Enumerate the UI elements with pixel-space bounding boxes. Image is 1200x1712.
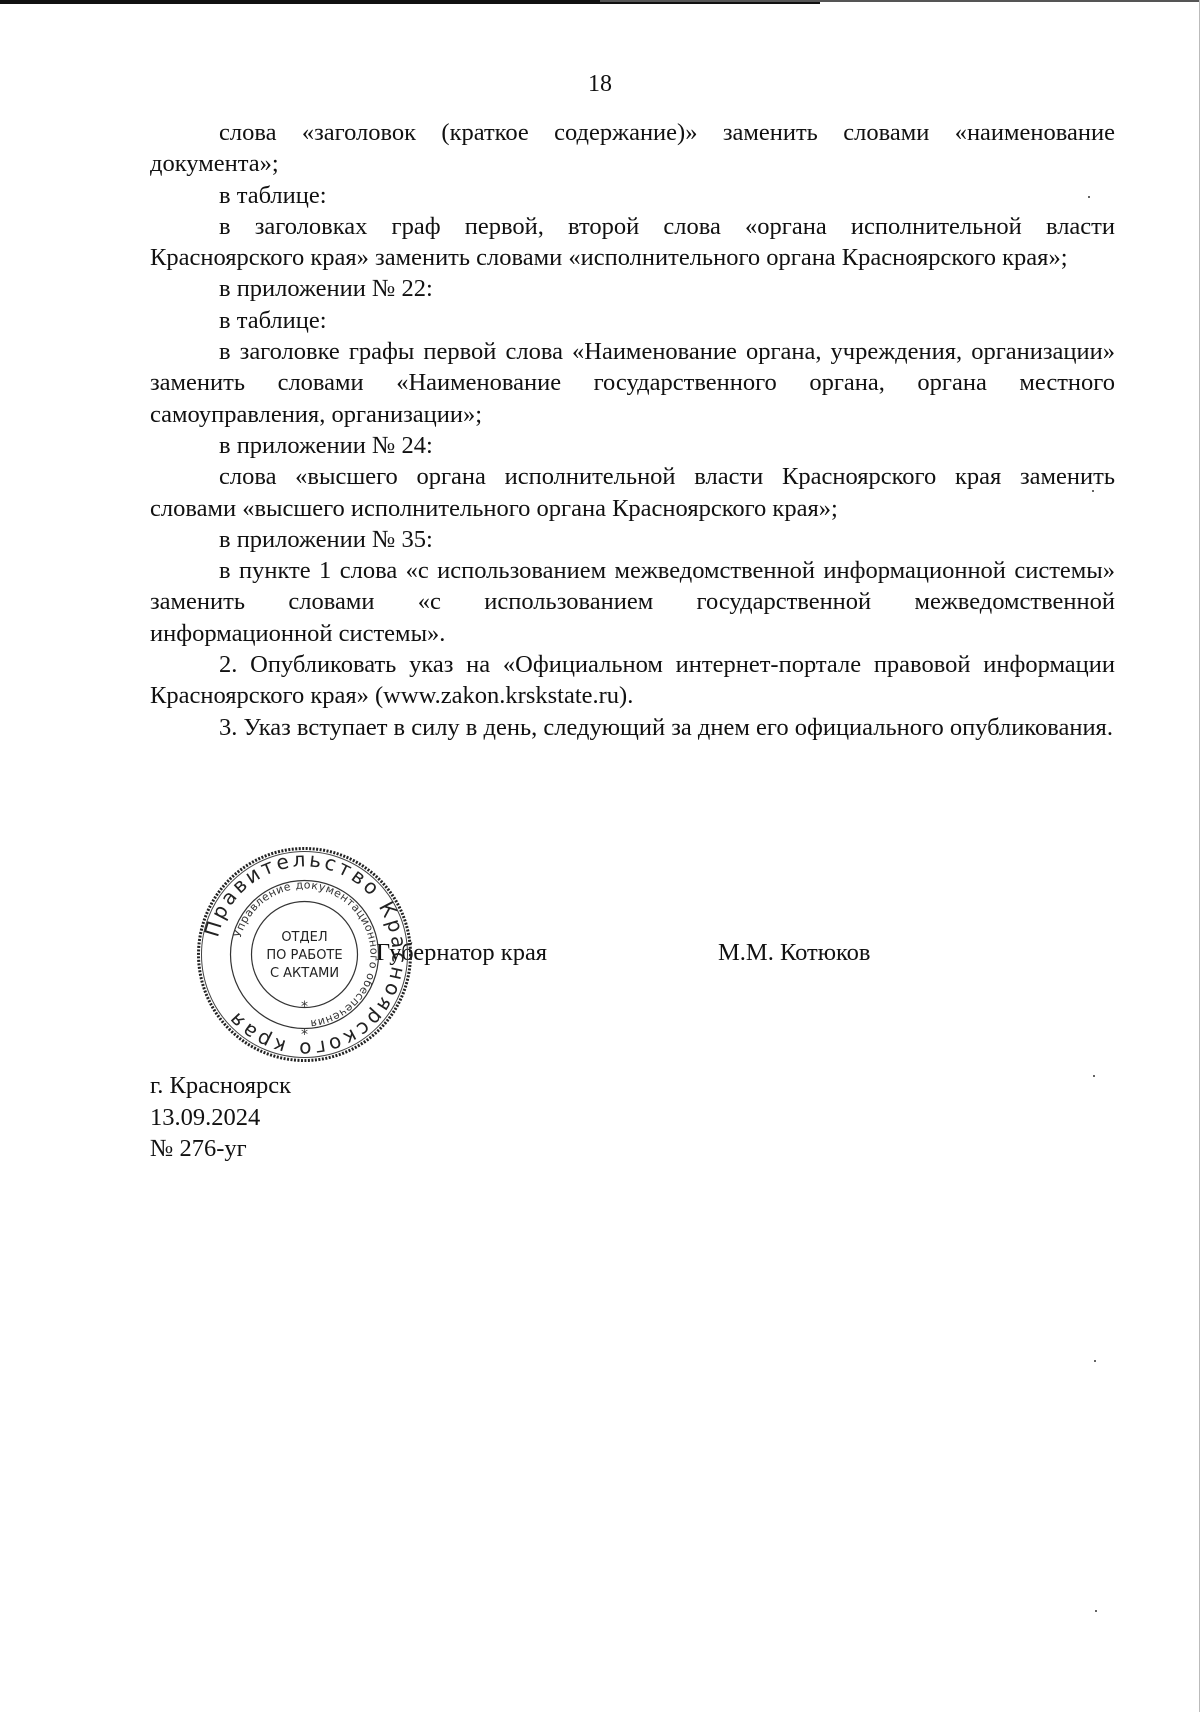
scan-speck	[1094, 1360, 1096, 1362]
paragraph-entry-into-force: 3. Указ вступает в силу в день, следующи…	[150, 712, 1115, 743]
paragraph-highest-organ: слова «высшего органа исполнительной вла…	[150, 461, 1115, 524]
paragraph-in-table: в таблице:	[150, 180, 1115, 211]
paragraph-in-table-2: в таблице:	[150, 305, 1115, 336]
paragraph-appendix-22: в приложении № 22:	[150, 273, 1115, 304]
stamp-center-line-1: ОТДЕЛ	[281, 930, 327, 945]
scan-speck	[1095, 1610, 1097, 1612]
scan-top-edge-light	[600, 0, 1200, 2]
paragraph-column-header-first: в заголовке графы первой слова «Наименов…	[150, 336, 1115, 430]
signature-block: Губернатор края М.М. Котюков	[0, 937, 1200, 977]
place-of-signing: г. Красноярск	[150, 1070, 291, 1102]
document-footer: г. Красноярск 13.09.2024 № 276-уг	[150, 1070, 291, 1165]
paragraph-item-1: в пункте 1 слова «с использованием межве…	[150, 555, 1115, 649]
decree-number: № 276-уг	[150, 1133, 291, 1165]
official-stamp-icon: Правительство Красноярского края Управле…	[193, 843, 416, 1066]
scan-speck	[1093, 1075, 1095, 1077]
document-body: слова «заголовок (краткое содержание)» з…	[150, 117, 1115, 743]
scan-speck	[1088, 196, 1090, 198]
page-number: 18	[0, 70, 1200, 98]
stamp-center-line-2: ПО РАБОТЕ	[266, 948, 342, 963]
stamp-center-line-3: С АКТАМИ	[270, 966, 339, 981]
stamp-star-icon-2: *	[301, 1027, 308, 1043]
paragraph-appendix-35: в приложении № 35:	[150, 524, 1115, 555]
scan-speck	[1092, 490, 1094, 492]
paragraph-appendix-24: в приложении № 24:	[150, 430, 1115, 461]
paragraph-replace-title: слова «заголовок (краткое содержание)» з…	[150, 117, 1115, 180]
decree-date: 13.09.2024	[150, 1102, 291, 1134]
stamp-star-icon: *	[301, 999, 308, 1015]
signatory-name: М.М. Котюков	[718, 937, 870, 968]
paragraph-column-headers: в заголовках граф первой, второй слова «…	[150, 211, 1115, 274]
paragraph-publish: 2. Опубликовать указ на «Официальном инт…	[150, 649, 1115, 712]
